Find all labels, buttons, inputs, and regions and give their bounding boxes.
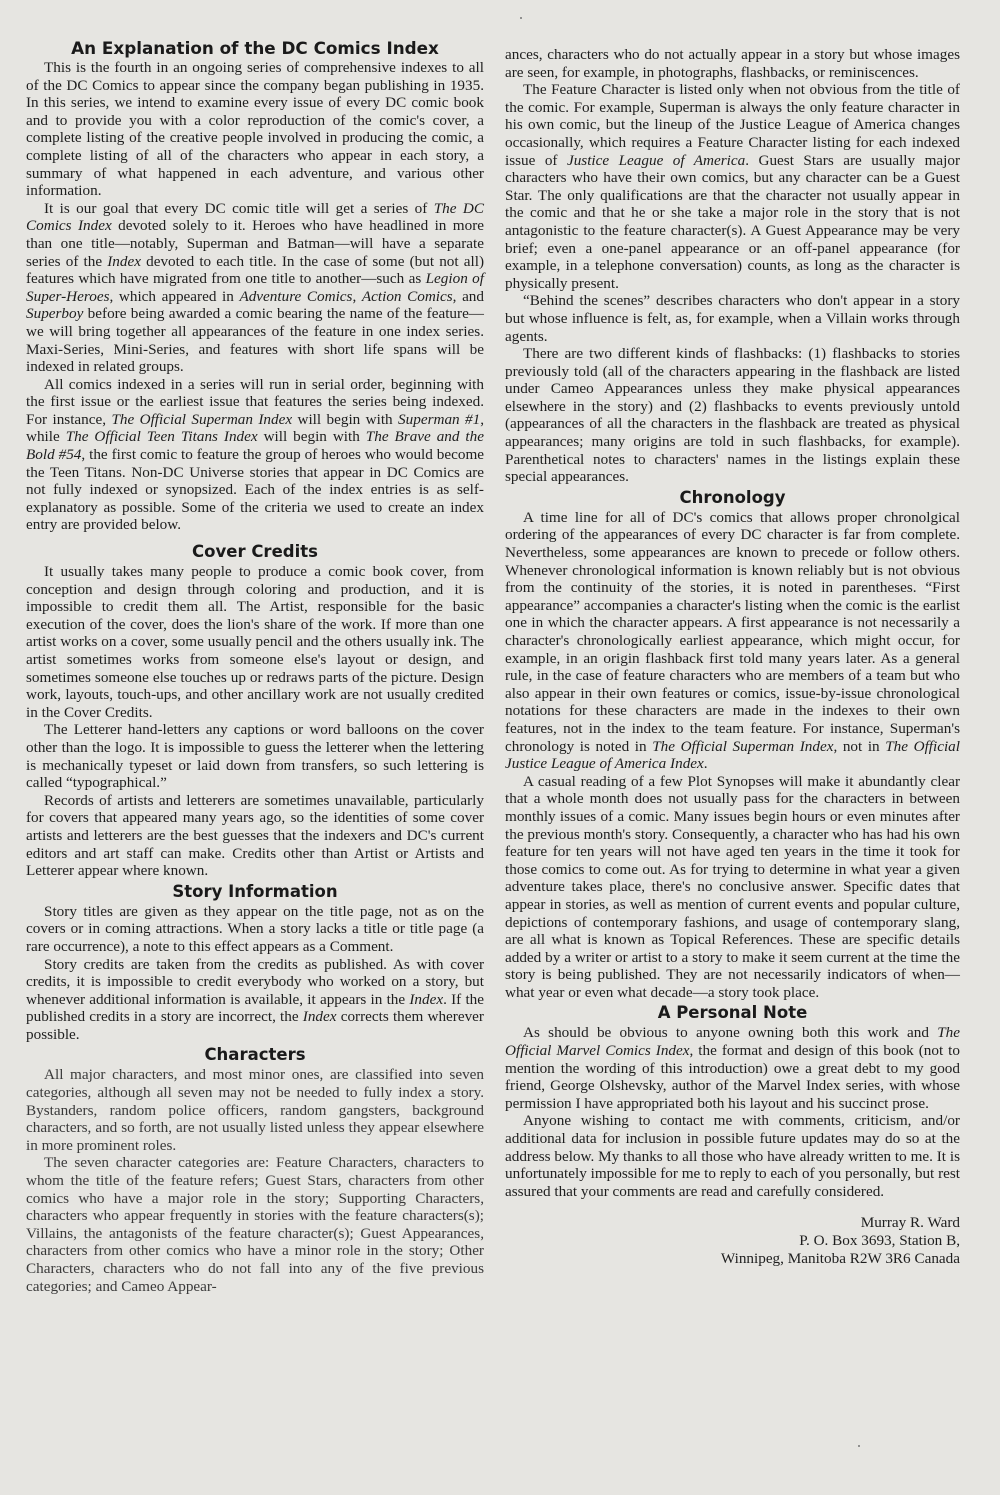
text-run: , which appeared in [110, 288, 240, 305]
feature-character-paragraph: The Feature Character is listed only whe… [505, 81, 960, 292]
text-run: before being awarded a comic bearing the… [26, 305, 484, 375]
italic-title: Index [409, 991, 443, 1008]
right-column: ances, characters who do not actually ap… [505, 46, 960, 1268]
text-run: , and [453, 288, 484, 305]
address-line-1: P. O. Box 3693, Station B, [505, 1232, 960, 1250]
document-page: An Explanation of the DC Comics Index Th… [0, 0, 1000, 1495]
paper-speck [858, 1445, 860, 1447]
text-run: , the first comic to feature the group o… [26, 446, 484, 533]
italic-title: Action Comics [362, 288, 453, 305]
italic-title: The Official Superman Index [111, 411, 292, 428]
behind-the-scenes-paragraph: “Behind the scenes” describes characters… [505, 292, 960, 345]
flashbacks-paragraph: There are two different kinds of flashba… [505, 345, 960, 486]
paper-speck [520, 17, 522, 19]
author-name: Murray R. Ward [505, 1214, 960, 1232]
characters-paragraph-2: The seven character categories are: Feat… [26, 1154, 484, 1295]
text-run: It is our goal that every DC comic title… [44, 200, 434, 217]
chronology-paragraph-2: A casual reading of a few Plot Synopses … [505, 773, 960, 1002]
italic-title: Index [107, 253, 141, 270]
intro-paragraph-2: It is our goal that every DC comic title… [26, 200, 484, 376]
chronology-paragraph-1: A time line for all of DC's comics that … [505, 509, 960, 773]
section-heading-cover-credits: Cover Credits [26, 542, 484, 562]
italic-title: The Official Superman Index [652, 738, 833, 755]
signature-block: Murray R. Ward P. O. Box 3693, Station B… [505, 1214, 960, 1268]
story-information-paragraph-2: Story credits are taken from the credits… [26, 956, 484, 1044]
section-heading-story-information: Story Information [26, 882, 484, 902]
italic-title: Adventure Comics [239, 288, 352, 305]
intro-paragraph-1: This is the fourth in an ongoing series … [26, 59, 484, 200]
cover-credits-paragraph-3: Records of artists and letterers are som… [26, 792, 484, 880]
personal-note-paragraph-1: As should be obvious to anyone owning bo… [505, 1024, 960, 1112]
text-run: As should be obvious to anyone owning bo… [523, 1024, 937, 1041]
story-information-paragraph-1: Story titles are given as they appear on… [26, 903, 484, 956]
section-heading-chronology: Chronology [505, 488, 960, 508]
page-title: An Explanation of the DC Comics Index [26, 38, 484, 58]
characters-continued-paragraph: ances, characters who do not actually ap… [505, 46, 960, 81]
text-run: A time line for all of DC's comics that … [505, 509, 960, 755]
italic-title: Superman #1 [398, 411, 480, 428]
text-run: will begin with [258, 428, 366, 445]
text-run: , not in [833, 738, 885, 755]
text-run: . Guest Stars are usually major characte… [505, 152, 960, 292]
italic-title: Superboy [26, 305, 83, 322]
personal-note-paragraph-2: Anyone wishing to contact me with commen… [505, 1112, 960, 1200]
text-run: , [352, 288, 361, 305]
text-run: will begin with [292, 411, 398, 428]
cover-credits-paragraph-2: The Letterer hand-letters any captions o… [26, 721, 484, 791]
cover-credits-paragraph-1: It usually takes many people to produce … [26, 563, 484, 721]
characters-paragraph-1: All major characters, and most minor one… [26, 1066, 484, 1154]
left-column: An Explanation of the DC Comics Index Th… [26, 38, 484, 1295]
italic-title: Justice League of America [567, 152, 745, 169]
intro-paragraph-3: All comics indexed in a series will run … [26, 376, 484, 534]
italic-title: Index [303, 1008, 337, 1025]
section-heading-personal-note: A Personal Note [505, 1003, 960, 1023]
italic-title: The Official Teen Titans Index [66, 428, 258, 445]
address-line-2: Winnipeg, Manitoba R2W 3R6 Canada [505, 1250, 960, 1268]
section-heading-characters: Characters [26, 1045, 484, 1065]
text-run: . [704, 755, 708, 772]
